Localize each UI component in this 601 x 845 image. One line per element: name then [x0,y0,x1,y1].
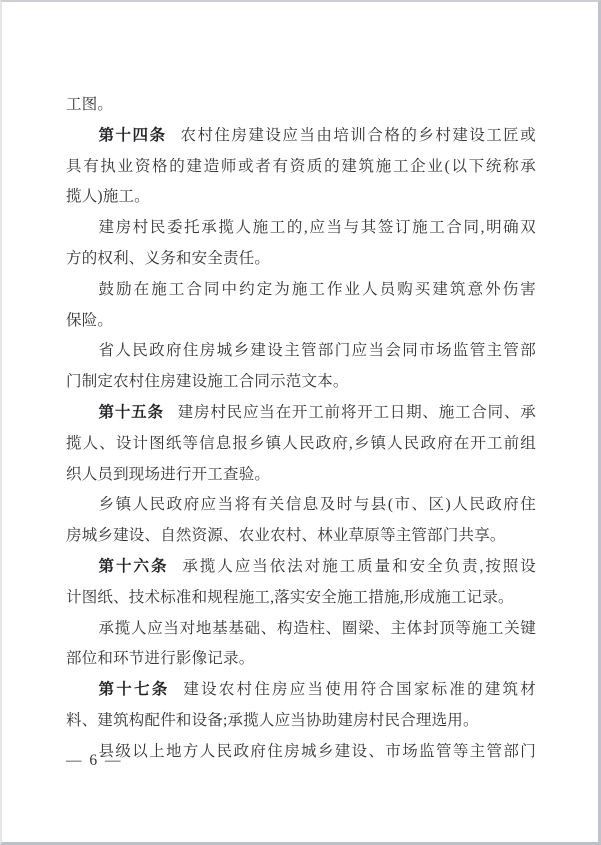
paragraph: 第十六条承揽人应当依法对施工质量和安全负责,按照设计图纸、技术标准和规程施工,落… [66,552,536,614]
text-line: 乡镇人民政府应当将有关信息及时与县(市、区)人民政府住 [66,490,536,521]
article-heading: 第十四条 [99,127,167,144]
line-text: 承揽人应当对地基基础、构造柱、圈梁、主体封顶等施工关键 [99,620,536,637]
text-line: 揽人、设计图纸等信息报乡镇人民政府,乡镇人民政府在开工前组 [66,429,536,460]
line-text: 方的权利、义务和安全责任。 [66,250,270,267]
line-text: 揽人、设计图纸等信息报乡镇人民政府,乡镇人民政府在开工前组 [66,435,536,452]
line-text: 承揽人应当依法对施工质量和安全负责,按照设 [182,558,536,575]
line-text: 工图。 [66,96,113,113]
line-text: 揽人)施工。 [66,188,150,205]
line-text: 鼓励在施工合同中约定为施工作业人员购买建筑意外伤害 [99,281,536,298]
paragraph: 承揽人应当对地基基础、构造柱、圈梁、主体封顶等施工关键部位和环节进行影像记录。 [66,614,536,676]
article-heading: 第十七条 [99,681,170,698]
text-line: 具有执业资格的建造师或者有资质的建筑施工企业(以下统称承 [66,152,536,183]
page-number: — 6 — [66,752,123,770]
text-line: 第十五条建房村民应当在开工前将开工日期、施工合同、承 [66,398,536,429]
article-heading: 第十六条 [99,558,169,575]
text-line: 建房村民委托承揽人施工的,应当与其签订施工合同,明确双 [66,213,536,244]
text-line: 揽人)施工。 [66,182,536,213]
text-line: 方的权利、义务和安全责任。 [66,244,536,275]
text-line: 省人民政府住房城乡建设主管部门应当会同市场监管主管部 [66,336,536,367]
paragraph: 第十五条建房村民应当在开工前将开工日期、施工合同、承揽人、设计图纸等信息报乡镇人… [66,398,536,490]
paragraph: 第十七条建设农村住房应当使用符合国家标准的建筑材料、建筑构配件和设备;承揽人应当… [66,675,536,737]
line-text: 农村住房建设应当由培训合格的乡村建设工匠或 [180,127,536,144]
document-page: 工图。第十四条农村住房建设应当由培训合格的乡村建设工匠或具有执业资格的建造师或者… [0,0,601,845]
text-line: 承揽人应当对地基基础、构造柱、圈梁、主体封顶等施工关键 [66,614,536,645]
line-text: 县级以上地方人民政府住房城乡建设、市场监管等主管部门 [99,743,536,760]
paragraph: 县级以上地方人民政府住房城乡建设、市场监管等主管部门 [66,737,536,768]
line-text: 建房村民委托承揽人施工的,应当与其签订施工合同,明确双 [99,219,536,236]
line-text: 部位和环节进行影像记录。 [66,650,254,667]
text-line: 房城乡建设、自然资源、农业农村、林业草原等主管部门共享。 [66,521,536,552]
text-line: 县级以上地方人民政府住房城乡建设、市场监管等主管部门 [66,737,536,768]
line-text: 具有执业资格的建造师或者有资质的建筑施工企业(以下统称承 [66,158,536,175]
paragraph: 工图。 [66,90,536,121]
text-line: 第十六条承揽人应当依法对施工质量和安全负责,按照设 [66,552,536,583]
document-body: 工图。第十四条农村住房建设应当由培训合格的乡村建设工匠或具有执业资格的建造师或者… [66,90,536,768]
text-line: 计图纸、技术标准和规程施工,落实安全施工措施,形成施工记录。 [66,583,536,614]
text-line: 部位和环节进行影像记录。 [66,644,536,675]
line-text: 门制定农村住房建设施工合同示范文本。 [66,373,349,390]
line-text: 料、建筑构配件和设备;承揽人应当协助建房村民合理选用。 [66,712,479,729]
text-line: 第十四条农村住房建设应当由培训合格的乡村建设工匠或 [66,121,536,152]
line-text: 乡镇人民政府应当将有关信息及时与县(市、区)人民政府住 [99,496,536,513]
line-text: 建房村民应当在开工前将开工日期、施工合同、承 [178,404,536,421]
text-line: 料、建筑构配件和设备;承揽人应当协助建房村民合理选用。 [66,706,536,737]
line-text: 织人员到现场进行开工查验。 [66,466,270,483]
line-text: 保险。 [66,312,113,329]
paragraph: 建房村民委托承揽人施工的,应当与其签订施工合同,明确双方的权利、义务和安全责任。 [66,213,536,275]
paragraph: 鼓励在施工合同中约定为施工作业人员购买建筑意外伤害保险。 [66,275,536,337]
paragraph: 省人民政府住房城乡建设主管部门应当会同市场监管主管部门制定农村住房建设施工合同示… [66,336,536,398]
text-line: 保险。 [66,306,536,337]
text-line: 门制定农村住房建设施工合同示范文本。 [66,367,536,398]
line-text: 房城乡建设、自然资源、农业农村、林业草原等主管部门共享。 [66,527,506,544]
line-text: 建设农村住房应当使用符合国家标准的建筑材 [183,681,536,698]
paragraph: 乡镇人民政府应当将有关信息及时与县(市、区)人民政府住房城乡建设、自然资源、农业… [66,490,536,552]
paragraph: 第十四条农村住房建设应当由培训合格的乡村建设工匠或具有执业资格的建造师或者有资质… [66,121,536,213]
text-line: 鼓励在施工合同中约定为施工作业人员购买建筑意外伤害 [66,275,536,306]
text-line: 第十七条建设农村住房应当使用符合国家标准的建筑材 [66,675,536,706]
text-line: 织人员到现场进行开工查验。 [66,460,536,491]
line-text: 省人民政府住房城乡建设主管部门应当会同市场监管主管部 [99,342,536,359]
text-line: 工图。 [66,90,536,121]
article-heading: 第十五条 [99,404,164,421]
line-text: 计图纸、技术标准和规程施工,落实安全施工措施,形成施工记录。 [66,589,514,606]
